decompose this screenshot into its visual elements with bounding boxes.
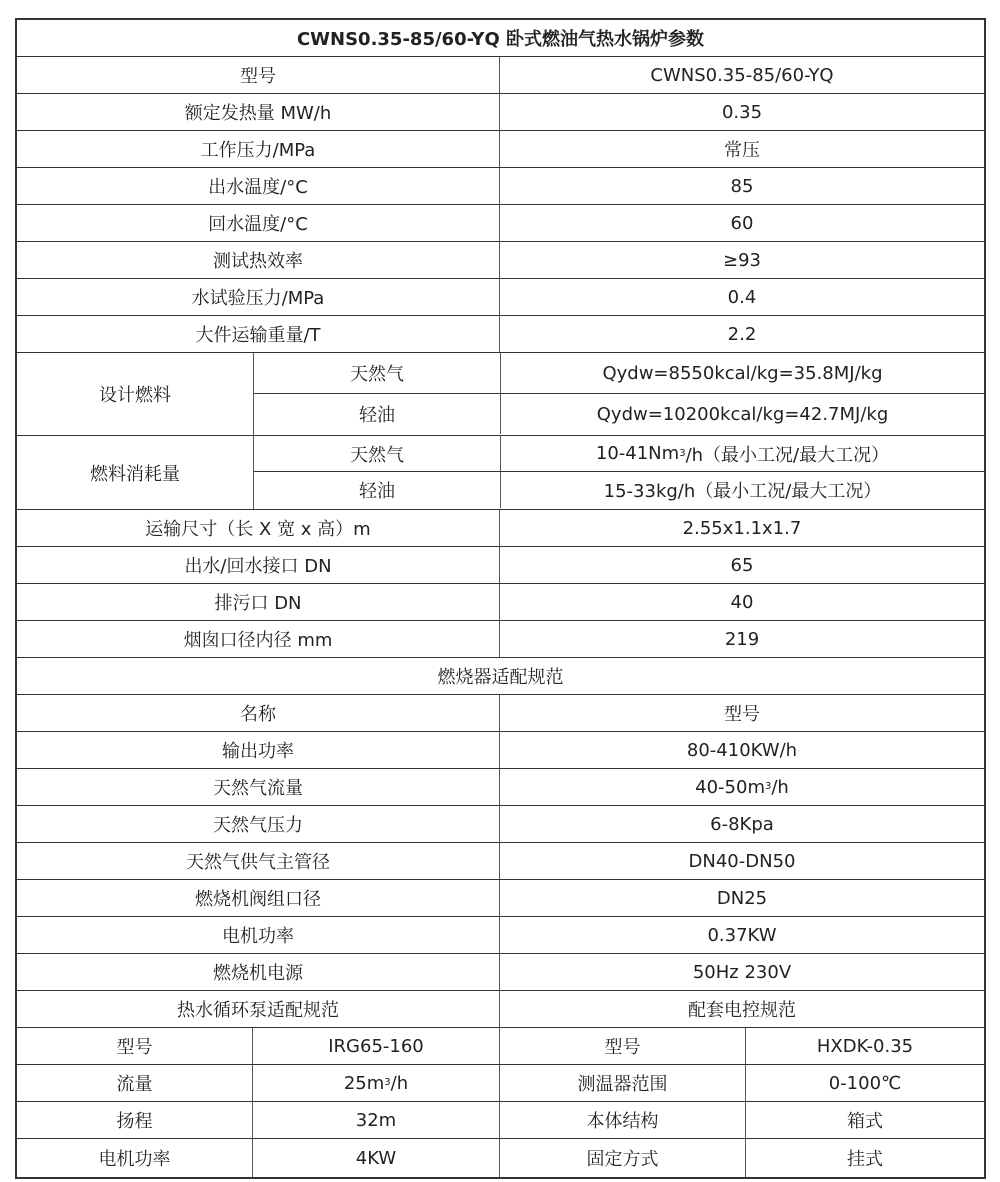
param-label: 水试验压力/MPa: [17, 279, 500, 315]
table-row: 运输尺寸（长 X 宽 x 高）m2.55x1.1x1.7: [17, 510, 984, 547]
control-section-title: 配套电控规范: [500, 991, 984, 1027]
fuel-consumption-label: 燃料消耗量: [17, 436, 254, 509]
table-row: 电机功率 4KW 固定方式 挂式: [17, 1139, 984, 1177]
design-fuel-label: 设计燃料: [17, 353, 254, 435]
table-row: 水试验压力/MPa0.4: [17, 279, 984, 316]
control-label: 固定方式: [500, 1139, 746, 1177]
burner-header-row: 名称 型号: [17, 695, 984, 732]
burner-section-title: 燃烧器适配规范: [17, 658, 984, 694]
value-text: /h（最小工况/最大工况）: [686, 441, 890, 467]
burner-label: 天然气供气主管径: [17, 843, 500, 879]
pump-value: 25m3/h: [253, 1065, 500, 1101]
table-row: 轻油 15-33kg/h（最小工况/最大工况）: [254, 471, 984, 508]
table-row: 型号CWNS0.35-85/60-YQ: [17, 57, 984, 94]
fuel-type: 天然气: [254, 436, 501, 471]
value-text: 25m: [344, 1073, 384, 1094]
fuel-consumption-value: 15-33kg/h（最小工况/最大工况）: [501, 472, 984, 508]
param-label: 出水温度/°C: [17, 168, 500, 204]
param-value: 65: [500, 547, 984, 583]
burner-label: 电机功率: [17, 917, 500, 953]
fuel-value: Qydw=10200kcal/kg=42.7MJ/kg: [501, 394, 984, 434]
pump-value: 4KW: [253, 1139, 500, 1177]
burner-value: 40-50m3/h: [500, 769, 984, 805]
burner-label: 燃烧机电源: [17, 954, 500, 990]
table-title-row: CWNS0.35-85/60-YQ 卧式燃油气热水锅炉参数: [17, 20, 984, 57]
pump-label: 扬程: [17, 1102, 253, 1138]
control-value: 箱式: [746, 1102, 984, 1138]
column-header-model: 型号: [500, 695, 984, 731]
param-value: 0.35: [500, 94, 984, 130]
param-value: 2.55x1.1x1.7: [500, 510, 984, 546]
table-row: 出水/回水接口 DN65: [17, 547, 984, 584]
param-value: CWNS0.35-85/60-YQ: [500, 57, 984, 93]
pump-value: IRG65-160: [253, 1028, 500, 1064]
burner-value: 80-410KW/h: [500, 732, 984, 768]
param-value: 85: [500, 168, 984, 204]
value-text: 10-41Nm: [596, 443, 679, 464]
param-label: 回水温度/°C: [17, 205, 500, 241]
param-value: 219: [500, 621, 984, 657]
burner-value: DN40-DN50: [500, 843, 984, 879]
burner-label: 输出功率: [17, 732, 500, 768]
table-row: 烟囱口径内径 mm219: [17, 621, 984, 658]
param-label: 工作压力/MPa: [17, 131, 500, 167]
table-row: 天然气 10-41Nm3/h（最小工况/最大工况）: [254, 436, 984, 471]
burner-label: 天然气压力: [17, 806, 500, 842]
control-value: 挂式: [746, 1139, 984, 1177]
table-row: 出水温度/°C85: [17, 168, 984, 205]
table-row: 排污口 DN40: [17, 584, 984, 621]
design-fuel-group: 设计燃料 天然气 Qydw=8550kcal/kg=35.8MJ/kg 轻油 Q…: [17, 353, 984, 436]
value-text: /h: [771, 777, 788, 798]
param-label: 额定发热量 MW/h: [17, 94, 500, 130]
control-label: 型号: [500, 1028, 746, 1064]
burner-section-title-row: 燃烧器适配规范: [17, 658, 984, 695]
table-title: CWNS0.35-85/60-YQ 卧式燃油气热水锅炉参数: [17, 20, 984, 56]
param-value: 常压: [500, 131, 984, 167]
control-value: HXDK-0.35: [746, 1028, 984, 1064]
param-label: 烟囱口径内径 mm: [17, 621, 500, 657]
table-row: 工作压力/MPa常压: [17, 131, 984, 168]
table-row: 电机功率0.37KW: [17, 917, 984, 954]
param-value: 60: [500, 205, 984, 241]
param-value: 2.2: [500, 316, 984, 352]
table-row: 大件运输重量/T2.2: [17, 316, 984, 353]
burner-label: 燃烧机阀组口径: [17, 880, 500, 916]
pump-label: 流量: [17, 1065, 253, 1101]
param-value: ≥93: [500, 242, 984, 278]
pump-label: 型号: [17, 1028, 253, 1064]
burner-value: 6-8Kpa: [500, 806, 984, 842]
value-text: 40-50m: [695, 777, 765, 798]
table-row: 测试热效率≥93: [17, 242, 984, 279]
table-row: 天然气供气主管径DN40-DN50: [17, 843, 984, 880]
burner-label: 天然气流量: [17, 769, 500, 805]
pump-value: 32m: [253, 1102, 500, 1138]
param-label: 运输尺寸（长 X 宽 x 高）m: [17, 510, 500, 546]
param-label: 大件运输重量/T: [17, 316, 500, 352]
param-label: 出水/回水接口 DN: [17, 547, 500, 583]
table-row: 输出功率80-410KW/h: [17, 732, 984, 769]
table-row: 天然气 Qydw=8550kcal/kg=35.8MJ/kg: [254, 353, 984, 393]
burner-value: 50Hz 230V: [500, 954, 984, 990]
param-label: 型号: [17, 57, 500, 93]
param-label: 排污口 DN: [17, 584, 500, 620]
burner-value: 0.37KW: [500, 917, 984, 953]
table-row: 额定发热量 MW/h0.35: [17, 94, 984, 131]
table-row: 天然气压力6-8Kpa: [17, 806, 984, 843]
table-row: 天然气流量40-50m3/h: [17, 769, 984, 806]
param-value: 40: [500, 584, 984, 620]
fuel-consumption-group: 燃料消耗量 天然气 10-41Nm3/h（最小工况/最大工况） 轻油 15-33…: [17, 436, 984, 510]
boiler-spec-table: CWNS0.35-85/60-YQ 卧式燃油气热水锅炉参数 型号CWNS0.35…: [15, 18, 986, 1179]
fuel-type: 天然气: [254, 353, 501, 393]
fuel-value: Qydw=8550kcal/kg=35.8MJ/kg: [501, 353, 984, 393]
param-value: 0.4: [500, 279, 984, 315]
table-row: 流量 25m3/h 测温器范围 0-100℃: [17, 1065, 984, 1102]
table-row: 燃烧机电源50Hz 230V: [17, 954, 984, 991]
fuel-consumption-value: 10-41Nm3/h（最小工况/最大工况）: [501, 436, 984, 471]
pump-control-title-row: 热水循环泵适配规范 配套电控规范: [17, 991, 984, 1028]
table-row: 回水温度/°C60: [17, 205, 984, 242]
param-label: 测试热效率: [17, 242, 500, 278]
fuel-type: 轻油: [254, 472, 501, 508]
table-row: 燃烧机阀组口径DN25: [17, 880, 984, 917]
control-value: 0-100℃: [746, 1065, 984, 1101]
burner-value: DN25: [500, 880, 984, 916]
value-text: /h: [391, 1073, 408, 1094]
pump-label: 电机功率: [17, 1139, 253, 1177]
control-label: 测温器范围: [500, 1065, 746, 1101]
fuel-type: 轻油: [254, 394, 501, 434]
table-row: 轻油 Qydw=10200kcal/kg=42.7MJ/kg: [254, 393, 984, 434]
pump-section-title: 热水循环泵适配规范: [17, 991, 500, 1027]
control-label: 本体结构: [500, 1102, 746, 1138]
column-header-name: 名称: [17, 695, 500, 731]
table-row: 型号 IRG65-160 型号 HXDK-0.35: [17, 1028, 984, 1065]
table-row: 扬程 32m 本体结构 箱式: [17, 1102, 984, 1139]
